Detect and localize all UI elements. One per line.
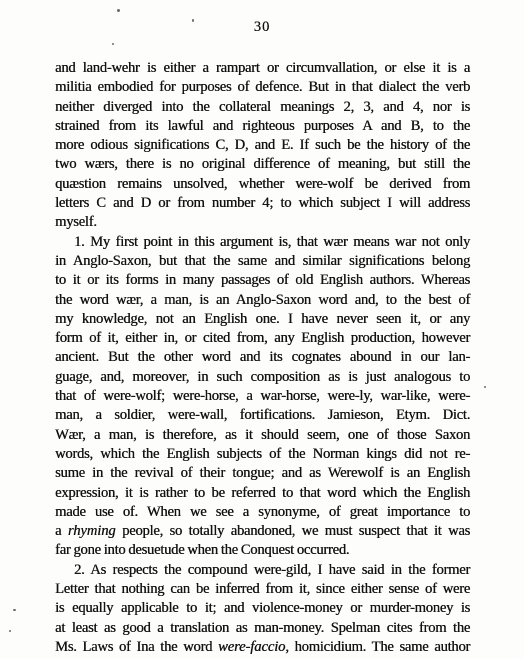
scan-speck [9,630,11,632]
scanned-book-page: 30 and land-wehr is either a rampart or … [0,0,524,659]
text-line: a rhyming people, so totally abandoned, … [55,522,470,541]
text-segment: is equally applicable to it; and violenc… [55,600,470,616]
scan-speck [13,609,16,611]
text-segment: far gone into desuetude when the Conques… [55,542,349,558]
text-line: neither diverged into the collateral mea… [55,98,470,117]
text-segment: expression, it is rather to be referred … [55,485,470,501]
paragraph: 2. As respects the compound were-gild, I… [55,561,470,657]
text-line: far gone into desuetude when the Conques… [55,541,470,560]
text-segment: to it or its forms in many passages of o… [55,272,470,288]
text-segment: ancient. But the other word and its cogn… [55,349,470,365]
text-segment: myself. [55,214,97,230]
paragraph: 1. My first point in this argument is, t… [55,233,470,561]
text-line: my knowledge, not an English one. I have… [55,310,470,329]
text-segment: the word wær, a man, is an Anglo-Saxon w… [55,292,470,308]
text-segment: my knowledge, not an English one. I have… [55,311,470,327]
italic-word: were-faccio [218,639,285,655]
text-line: guage, and, moreover, in such compositio… [55,368,470,387]
text-line: is equally applicable to it; and violenc… [55,599,470,618]
text-segment: and land-wehr is either a rampart or cir… [55,60,470,76]
text-segment: quæstion remains unsolved, whether were-… [55,176,470,192]
text-line: at least as good a translation as man-mo… [55,619,470,638]
text-segment: in Anglo-Saxon, but that the same and si… [55,253,470,269]
text-segment: guage, and, moreover, in such compositio… [55,369,470,385]
text-segment: words, which the English subjects of the… [55,446,470,462]
text-segment: 1. My first point in this argument is, t… [74,234,470,250]
text-line: 2. As respects the compound were-gild, I… [55,561,470,580]
scan-speck [484,386,486,388]
text-segment: Ms. Laws of Ina the word [55,639,218,655]
scan-speck [117,9,120,12]
text-line: militia embodied for purposes of defence… [55,78,470,97]
text-line: and land-wehr is either a rampart or cir… [55,59,470,78]
text-line: 1. My first point in this argument is, t… [55,233,470,252]
text-line: form of it, either in, or cited from, an… [55,329,470,348]
text-line: made use of. When we see a synonyme, of … [55,503,470,522]
text-line: the word wær, a man, is an Anglo-Saxon w… [55,291,470,310]
text-line: quæstion remains unsolved, whether were-… [55,175,470,194]
text-line: words, which the English subjects of the… [55,445,470,464]
text-segment: letters C and D or from number 4; to whi… [55,195,470,211]
text-segment: strained from its lawful and righteous p… [55,118,470,134]
text-segment: a [55,523,68,539]
text-segment: people, so totally abandoned, we must su… [116,523,471,539]
text-segment: Letter that nothing can be inferred from… [55,581,470,597]
text-segment: more odious significations C, D, and E. … [55,137,470,153]
text-segment: two wærs, there is no original differenc… [55,156,470,172]
text-segment: 2. As respects the compound were-gild, I… [74,562,470,578]
text-segment: , homicidium. The same author [285,639,470,655]
text-segment: neither diverged into the collateral mea… [55,99,470,115]
text-segment: Wær, a man, is therefore, as it should s… [55,427,470,443]
text-segment: sume in the revival of their tongue; and… [55,465,470,481]
text-line: Letter that nothing can be inferred from… [55,580,470,599]
text-line: man, a soldier, were-wall, fortification… [55,406,470,425]
text-line: more odious significations C, D, and E. … [55,136,470,155]
paragraph: and land-wehr is either a rampart or cir… [55,59,470,233]
text-line: Ms. Laws of Ina the word were-faccio, ho… [55,638,470,657]
text-line: myself. [55,213,470,232]
text-segment: form of it, either in, or cited from, an… [55,330,470,346]
text-line: to it or its forms in many passages of o… [55,271,470,290]
text-line: in Anglo-Saxon, but that the same and si… [55,252,470,271]
italic-word: rhyming [68,523,116,539]
page-number: 30 [0,19,524,36]
text-segment: at least as good a translation as man-mo… [55,620,470,636]
text-line: Wær, a man, is therefore, as it should s… [55,426,470,445]
text-line: two wærs, there is no original differenc… [55,155,470,174]
text-segment: made use of. When we see a synonyme, of … [55,504,470,520]
scan-speck [192,19,194,22]
text-line: strained from its lawful and righteous p… [55,117,470,136]
text-line: sume in the revival of their tongue; and… [55,464,470,483]
text-segment: militia embodied for purposes of defence… [55,79,470,95]
scan-speck [112,43,114,45]
text-line: letters C and D or from number 4; to whi… [55,194,470,213]
text-line: ancient. But the other word and its cogn… [55,348,470,367]
text-segment: that of were-wolf; were-horse, a war-hor… [55,388,470,404]
text-block: and land-wehr is either a rampart or cir… [55,59,470,657]
text-line: expression, it is rather to be referred … [55,484,470,503]
text-segment: man, a soldier, were-wall, fortification… [55,407,470,423]
text-line: that of were-wolf; were-horse, a war-hor… [55,387,470,406]
